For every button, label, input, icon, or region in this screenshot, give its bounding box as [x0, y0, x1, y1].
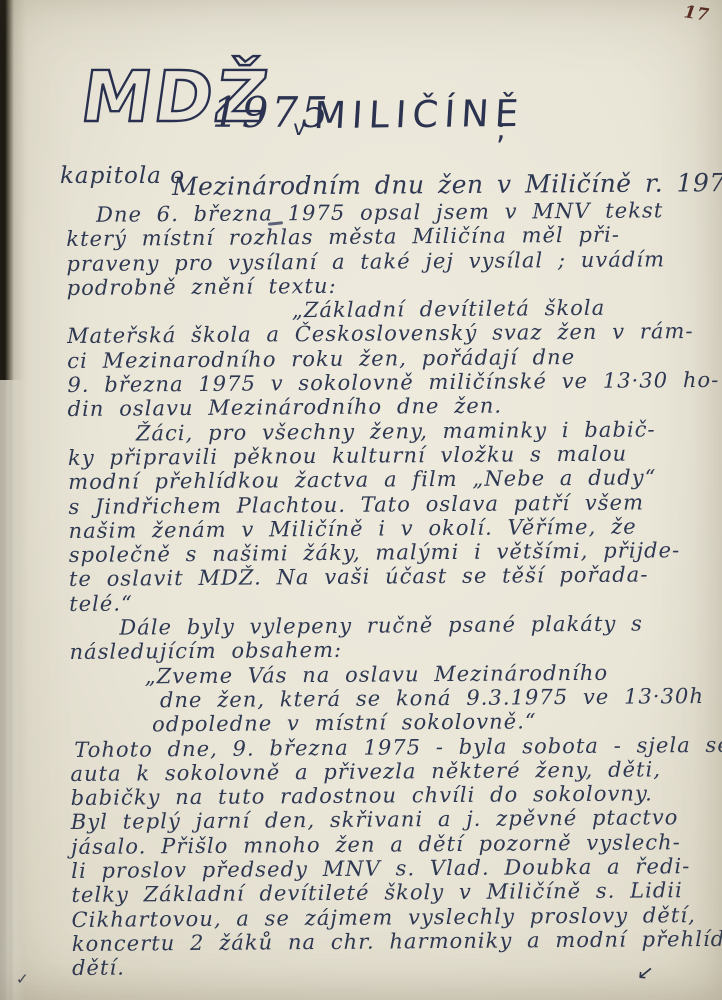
subtitle-text: Mezinárodním dnu žen v Miličíně r. 1975. — [172, 168, 722, 201]
title-punctuation: ; — [496, 112, 506, 147]
title-place: MILIČÍNĚ — [313, 95, 526, 134]
corner-pen-mark: ↙ — [636, 959, 655, 985]
handwritten-line: te oslavit MDŽ. Na vaši účast se těší po… — [69, 562, 722, 591]
handwritten-body: Dne 6. března 1975 opsal jsem v MNV teks… — [66, 198, 722, 981]
handwritten-line: dětí. — [72, 951, 722, 980]
scan-edge-fade — [0, 380, 26, 1000]
check-mark: ✓ — [16, 970, 29, 988]
scanned-chronicle-page: 17 MDŽ 1975 v MILIČÍNĚ ; kapitola o Mezi… — [0, 0, 722, 1000]
page-title: MDŽ 1975 v MILIČÍNĚ ; — [0, 0, 722, 160]
subtitle-prefix: kapitola o — [60, 163, 185, 189]
handwritten-line: Mateřská škola a Československý svaz žen… — [67, 319, 722, 348]
title-connector: v — [292, 116, 307, 140]
handwritten-line: praveny pro vysílaní a také jej vysílal … — [66, 246, 722, 275]
